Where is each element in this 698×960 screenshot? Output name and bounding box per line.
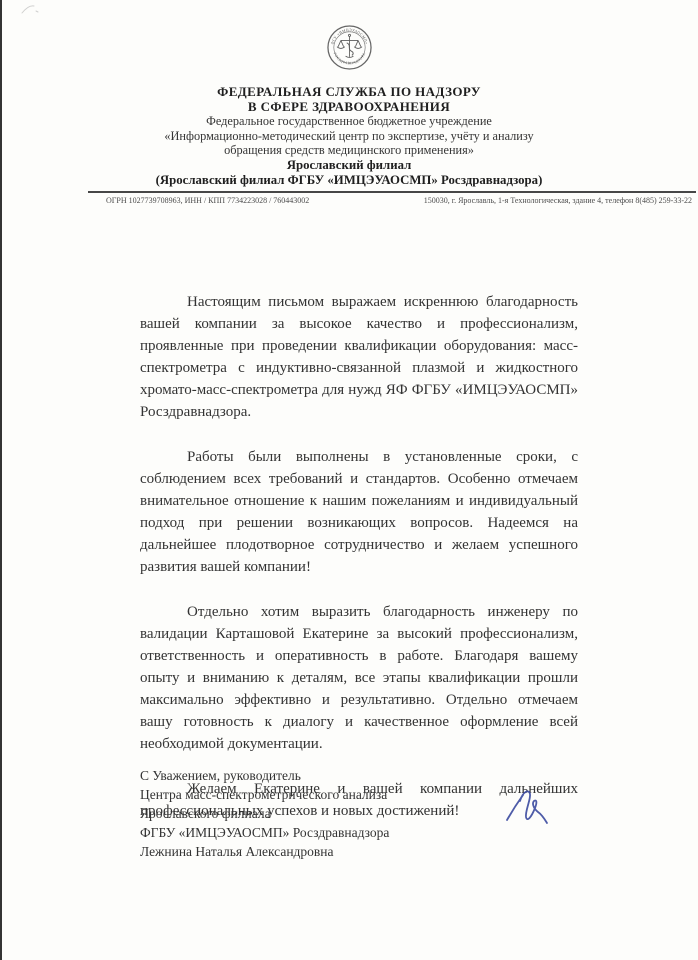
scales-serpent-glyph	[336, 34, 361, 57]
letter-body: Настоящим письмом выражаем искреннюю бла…	[140, 291, 578, 822]
signature-line-org: ФГБУ «ИМЦЭУАОСМП» Росздравнадзора	[140, 823, 389, 842]
requisites-row: ОГРН 1027739708963, ИНН / КПП 7734223028…	[106, 196, 692, 206]
signature-line-center: Центра масс-спектрометрического анализа	[140, 785, 389, 804]
requisites-ogrn-inn: ОГРН 1027739708963, ИНН / КПП 7734223028…	[106, 196, 309, 206]
signature-block: С Уважением, руководитель Центра масс-сп…	[140, 766, 389, 861]
org-name-line2: «Информационно-методический центр по экс…	[0, 129, 698, 144]
signature-line-regards: С Уважением, руководитель	[140, 766, 389, 785]
branch-name-line2: (Ярославский филиал ФГБУ «ИМЦЭУАОСМП» Ро…	[0, 173, 698, 188]
roszdravnadzor-seal-icon: ФГУ «ИМЦЭУАОСМП» РОСЗДРАВНАДЗОРА	[326, 24, 373, 71]
agency-name-line2: В СФЕРЕ ЗДРАВООХРАНЕНИЯ	[0, 99, 698, 114]
letterhead-divider-rule	[88, 191, 696, 193]
paragraph-gratitude: Настоящим письмом выражаем искреннюю бла…	[140, 291, 578, 423]
handwritten-signature-icon	[500, 778, 564, 842]
org-name-line3: обращения средств медицинского применени…	[0, 143, 698, 158]
seal-wrap: ФГУ «ИМЦЭУАОСМП» РОСЗДРАВНАДЗОРА	[0, 24, 698, 72]
signature-line-branch: Ярославского филиала	[140, 804, 389, 823]
paragraph-work-quality: Работы были выполнены в установленные ср…	[140, 446, 578, 578]
scan-artifact-mark	[20, 2, 44, 16]
org-name-line1: Федеральное государственное бюджетное уч…	[0, 114, 698, 129]
signature-line-name: Лежнина Наталья Александровна	[140, 842, 389, 861]
branch-name-line1: Ярославский филиал	[0, 158, 698, 173]
requisites-address-phone: 150030, г. Ярославль, 1-я Технологическа…	[424, 196, 692, 206]
agency-name-line1: ФЕДЕРАЛЬНАЯ СЛУЖБА ПО НАДЗОРУ	[0, 84, 698, 99]
letterhead: ФГУ «ИМЦЭУАОСМП» РОСЗДРАВНАДЗОРА ФЕДЕРАЛ…	[0, 24, 698, 188]
scanned-letter-page: { "page": { "paper_color": "#fdfdfb", "i…	[0, 0, 698, 960]
paragraph-engineer-thanks: Отдельно хотим выразить благодарность ин…	[140, 601, 578, 755]
